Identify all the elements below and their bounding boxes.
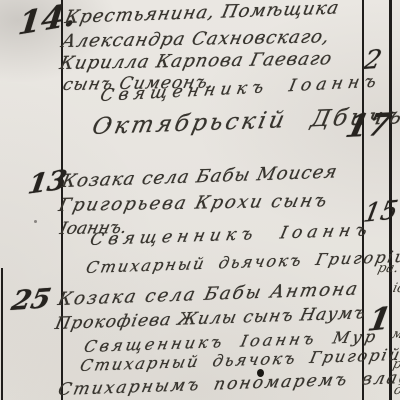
- page-left-edge-rule: [1, 268, 3, 400]
- register-line: Козака села Бабы Моисея: [60, 163, 339, 191]
- ink-speck: [107, 122, 110, 125]
- tally-number: 15: [361, 198, 400, 227]
- register-line: Священникъ Іоаннъ: [88, 222, 373, 249]
- register-page-scan: 14. 13 25 Крестьянина, Помѣщика Александ…: [0, 0, 400, 400]
- register-line: Кирилла Карпова Гаеваго: [58, 50, 334, 73]
- register-line: Григорьева Крохи сынъ: [57, 192, 331, 215]
- tally-number: 17: [343, 110, 394, 143]
- tally-number: 2: [361, 47, 383, 74]
- register-line: Стихарный дьячокъ Григорій: [85, 249, 400, 276]
- edge-ink-fragment: ра.: [376, 262, 399, 275]
- ink-blot: [257, 369, 264, 377]
- register-line: Александра Сахновскаго,: [60, 28, 332, 51]
- register-line: Стихарнымъ пономаремъ влад: [56, 370, 400, 399]
- ink-speck: [34, 220, 37, 223]
- register-line: Крестьянина, Помѣщика: [63, 0, 341, 27]
- margin-number: 25: [9, 285, 53, 315]
- edge-ink-fragment: іс: [391, 282, 400, 295]
